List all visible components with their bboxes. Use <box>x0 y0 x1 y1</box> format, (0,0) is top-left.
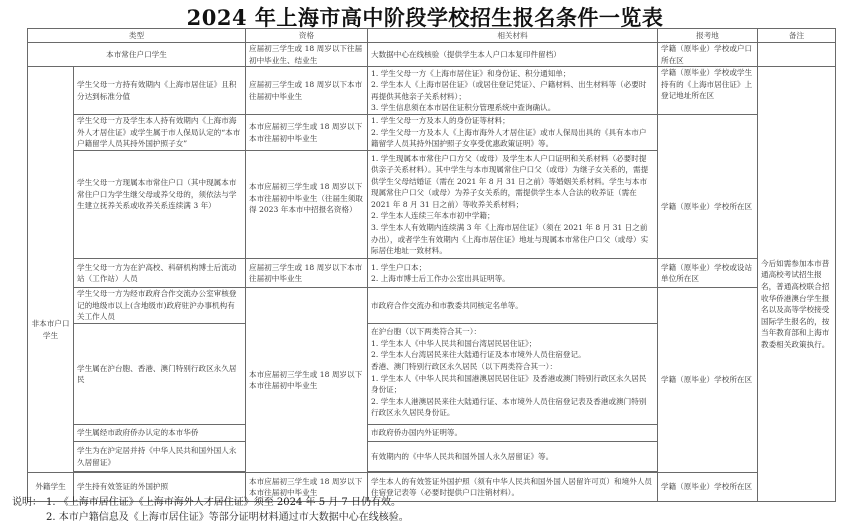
group-nonlocal: 非本市户口学生 <box>28 67 74 473</box>
qualification-cell: 应届初三学生或 18 周岁以下本市往届初中毕业生 <box>246 67 368 115</box>
location-cell: 学籍（原毕业）学校或学生持有的《上海市居住证》上登记地址所在区 <box>658 67 758 115</box>
qualification-cell: 本市应届初三学生或 18 周岁以下本市往届初中毕业生（往届生须取得 2023 年… <box>246 151 368 259</box>
table-row: 学生父母一方为经市政府合作交流办公室审核登记的地级市以上(含地级市)政府驻沪办事… <box>28 288 836 324</box>
header-remark: 备注 <box>758 29 836 43</box>
table-row-local: 本市常住户口学生 应届初三学生或 18 周岁以下往届初中毕业生、结业生 大数据中… <box>28 43 836 67</box>
note-item: 1. 《上海市居住证》《上海市海外人才居住证》须至 2024 年 5 月 7 日… <box>46 495 401 510</box>
materials-cell: 市政府合作交流办和市教委共同核定名单等。 <box>368 288 658 324</box>
location-cell: 学籍（原毕业）学校所在区 <box>658 473 758 502</box>
header-location: 报考地 <box>658 29 758 43</box>
materials-cell: 学生本人的有效签证外国护照（须有中华人民共和国外国人居留许可页）和境外人员住宿登… <box>368 473 658 502</box>
header-type: 类型 <box>28 29 246 43</box>
materials-cell: 有效期内的《中华人民共和国外国人永久居留证》等。 <box>368 442 658 472</box>
materials-cell: 市政府侨办国内外证明等。 <box>368 425 658 442</box>
condition-cell: 学生父母一方为经市政府合作交流办公室审核登记的地级市以上(含地级市)政府驻沪办事… <box>74 288 246 324</box>
qualification-cell: 应届初三学生或 18 周岁以下往届初中毕业生、结业生 <box>246 43 368 67</box>
materials-cell: 1. 学生父母一方及本人的身份证等材料； 2. 学生父母一方及本人《上海市海外人… <box>368 115 658 151</box>
condition-cell: 学生属经市政府侨办认定的本市华侨 <box>74 425 246 442</box>
table-row: 学生父母一方为在沪高校、科研机构博士后流动站（工作站）人员 应届初三学生或 18… <box>28 259 836 288</box>
location-cell: 学籍（原毕业）学校所在区 <box>658 288 758 473</box>
materials-cell: 1. 学生父母一方《上海市居住证》和身份证、积分通知单； 2. 学生本人《上海市… <box>368 67 658 115</box>
qualification-cell: 本市应届初三学生或 18 周岁以下本市往届初中毕业生 <box>246 288 368 473</box>
materials-cell: 1. 学生现属本市常住户口方父（或母）及学生本人户口证明和关系材料（必要时提供亲… <box>368 151 658 259</box>
materials-cell: 在沪台胞（以下两类符合其一）： 1. 学生本人《中华人民共和国台湾居民居住证》；… <box>368 324 658 425</box>
type-local: 本市常住户口学生 <box>28 43 246 67</box>
materials-cell: 大数据中心在线核验（提供学生本人户口本复印件留档） <box>368 43 658 67</box>
qualification-cell: 本市应届初三学生或 18 周岁以下本市往届初中毕业生 <box>246 115 368 151</box>
condition-cell: 学生为在沪定居并持《中华人民共和国外国人永久居留证》 <box>74 442 246 472</box>
location-cell: 学籍（原毕业）学校所在区 <box>658 115 758 259</box>
materials-cell: 1. 学生户口本； 2. 上海市博士后工作办公室出具证明等。 <box>368 259 658 288</box>
header-qualification: 资格 <box>246 29 368 43</box>
table-row: 非本市户口学生 学生父母一方持有效期内《上海市居住证》且积分达到标准分值 应届初… <box>28 67 836 115</box>
header-materials: 相关材料 <box>368 29 658 43</box>
remark-cell: 今后如需参加本市普通高校考试招生报名，普通高校联合招收华侨港澳台学生报名以及高等… <box>758 67 836 502</box>
condition-cell: 学生父母一方为在沪高校、科研机构博士后流动站（工作站）人员 <box>74 259 246 288</box>
condition-cell: 学生父母一方及学生本人持有效期内《上海市海外人才居住证》或学生属于市人保局认定的… <box>74 115 246 151</box>
table-row: 学生父母一方及学生本人持有效期内《上海市海外人才居住证》或学生属于市人保局认定的… <box>28 115 836 151</box>
notes-label: 说明： <box>12 495 46 510</box>
notes-section: 说明： 1. 《上海市居住证》《上海市海外人才居住证》须至 2024 年 5 月… <box>12 495 409 525</box>
condition-cell: 学生父母一方持有效期内《上海市居住证》且积分达到标准分值 <box>74 67 246 115</box>
qualification-cell: 应届初三学生或 18 周岁以下本市往届初中毕业生 <box>246 259 368 288</box>
table-header-row: 类型 资格 相关材料 报考地 备注 <box>28 29 836 43</box>
condition-cell: 学生属在沪台胞、香港、澳门特别行政区永久居民 <box>74 324 246 425</box>
location-cell: 学籍（原毕业）学校或设站单位所在区 <box>658 259 758 288</box>
remark-empty-cell <box>758 43 836 67</box>
admission-conditions-table: 类型 资格 相关材料 报考地 备注 本市常住户口学生 应届初三学生或 18 周岁… <box>27 28 836 502</box>
note-item: 2. 本市户籍信息及《上海市居住证》等部分证明材料通过市大数据中心在线核验。 <box>12 510 409 525</box>
location-cell: 学籍（原毕业）学校或户口所在区 <box>658 43 758 67</box>
condition-cell: 学生父母一方现属本市常住户口（其中现属本市常住户口为学生继父母或养父母的，须依法… <box>74 151 246 259</box>
